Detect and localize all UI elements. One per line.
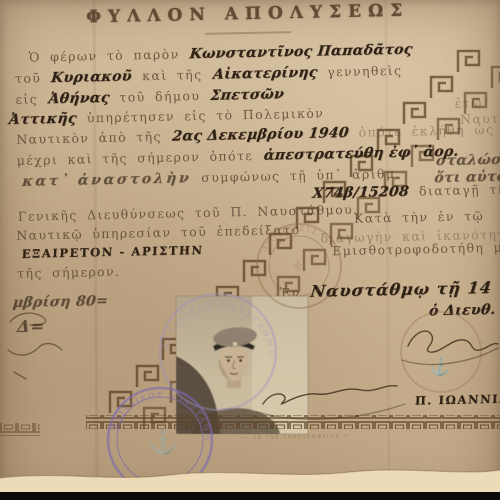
father-name-entry: Κυριακοῦ <box>46 68 138 86</box>
printed-text: Ὁ φέρων τὸ παρὸν <box>28 46 179 64</box>
printed-text: Ἐν <box>279 285 300 300</box>
faded-fragment: Ναυτ. <box>460 108 500 128</box>
birthplace-entry: Ἀθήνας <box>42 90 115 108</box>
issue-place-entry: Ναυστάθμῳ τῇ 14 <box>305 278 498 301</box>
printer-imprint: — ἐκ τοῦ τυπογραφείου — <box>185 431 409 443</box>
left-margin-initial: Δ= <box>12 316 50 336</box>
conduct-rating-entry: ΕΞΑΙΡΕΤΟΝ - ΑΡΙΣΤΗΝ <box>16 243 209 261</box>
director-title-note: ὁ Διευθ. <box>424 299 500 320</box>
body-line-11b: Ἐμισθοτροφοδοτήθη μέχρι <box>331 236 500 259</box>
handwritten-note: κατ᾽ ἀναστολὴν <box>16 170 197 190</box>
printed-text: τῆς σήμερον. <box>17 264 121 281</box>
printed-text: Ναυτικὸν ἀπὸ τῆς <box>16 129 162 147</box>
certificate-text-layer: ΦΥΛΛΟΝ ΑΠΟΛΥΣΕΩΣ Ὁ φέρων τὸ παρὸν Κωνστα… <box>0 0 500 500</box>
province-entry: Ἀττικῆς <box>3 111 82 129</box>
printed-text: Κατὰ τὴν ἐν τῷ <box>354 208 484 226</box>
printed-text: τοῦ <box>15 70 42 86</box>
title-underline <box>205 31 291 35</box>
place-date-line: Ἐν Ναυστάθμῳ τῇ 14 Ὀκτ. <box>279 277 500 302</box>
printed-text: Ἐμισθοτροφοδοτήθη μέχρι <box>331 239 500 258</box>
municipality-entry: Σπετσῶν <box>205 86 290 104</box>
certificate-title: ΦΥΛΛΟΝ ΑΠΟΛΥΣΕΩΣ <box>0 0 498 29</box>
enlistment-date-entry: 2ας Δεκεμβρίου 1940 <box>166 125 354 145</box>
officer-name: Π. ΙΩΑΝΝΙΔΗΣ <box>410 387 500 409</box>
left-margin-note: μβρίση 80= <box>8 290 114 311</box>
body-line-11: ΕΞΑΙΡΕΤΟΝ - ΑΡΙΣΤΗΝ <box>17 239 209 262</box>
mother-name-entry: Αἰκατερίνης <box>207 64 323 82</box>
printed-text: καὶ τῆς <box>142 67 203 83</box>
faded-fragment: ὅτι αὐτῷ <box>429 165 500 186</box>
body-line-12: τῆς σήμερον. <box>17 261 121 282</box>
document-scan: ΦΥΛΛΟΝ ΑΠΟΛΥΣΕΩΣ Ὁ φέρων τὸ παρὸν Κωνστα… <box>0 0 500 500</box>
printed-text: μέχρι καὶ τῆς σήμερον ὁπότε <box>17 148 254 168</box>
printed-text: εἰς <box>15 91 38 106</box>
printed-text: τοῦ δήμου <box>119 88 200 105</box>
printed-text: γεννηθεὶς <box>327 63 402 80</box>
